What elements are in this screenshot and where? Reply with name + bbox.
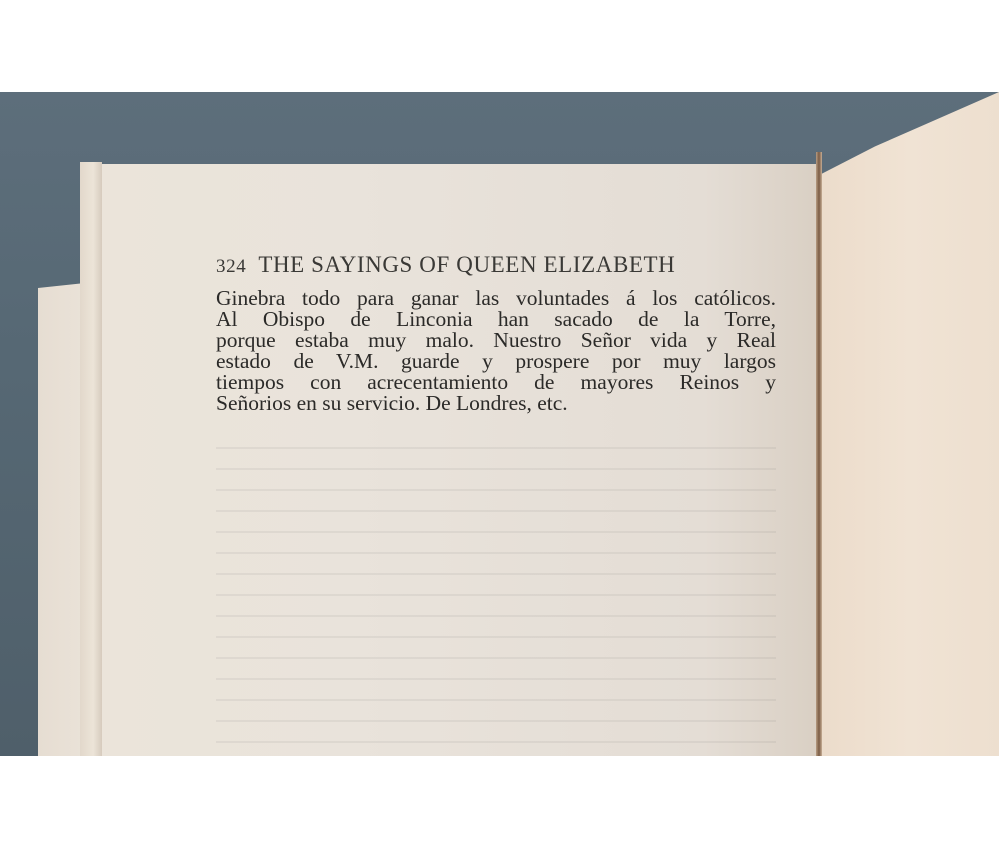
book-gutter	[816, 152, 822, 756]
running-head-title: THE SAYINGS OF QUEEN ELIZABETH	[258, 252, 675, 278]
text-line: Ginebra todo para ganar las voluntades á…	[216, 288, 776, 309]
running-head: 324 THE SAYINGS OF QUEEN ELIZABETH	[216, 252, 776, 278]
page-fore-edge	[80, 162, 102, 756]
body-paragraph: Ginebra todo para ganar las voluntades á…	[216, 288, 776, 414]
text-line: tiempos con acrecentamiento de mayores R…	[216, 372, 776, 393]
text-line: estado de V.M. guarde y prospere por muy…	[216, 351, 776, 372]
right-page	[822, 92, 999, 756]
page-number: 324	[216, 256, 246, 278]
show-through-text	[216, 447, 776, 756]
text-line: porque estaba muy malo. Nuestro Señor vi…	[216, 330, 776, 351]
printed-text-block: 324 THE SAYINGS OF QUEEN ELIZABETH Gineb…	[216, 252, 776, 414]
text-line: Señorios en su servicio. De Londres, etc…	[216, 393, 776, 414]
text-line: Al Obispo de Linconia han sacado de la T…	[216, 309, 776, 330]
book-photograph: 324 THE SAYINGS OF QUEEN ELIZABETH Gineb…	[0, 92, 999, 756]
